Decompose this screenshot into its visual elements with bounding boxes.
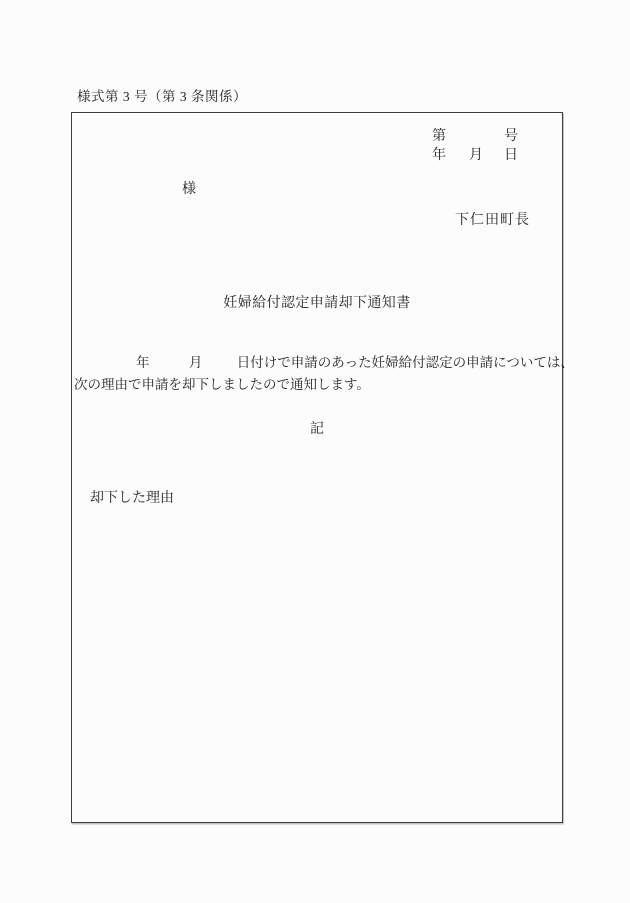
rejection-reason-label: 却下した理由 xyxy=(90,492,174,506)
body-date-day-label: 日 xyxy=(237,355,251,370)
notice-body: 年 月 日付けで申請のあった妊婦給付認定の申請については、 次の理由で申請を却下… xyxy=(74,352,561,396)
record-marker: 記 xyxy=(72,423,562,437)
issue-date-day-label: 日 xyxy=(504,149,518,163)
body-date-month-label: 月 xyxy=(189,355,203,370)
form-number-label: 様式第 3 号（第 3 条関係） xyxy=(77,90,247,105)
body-date-year-label: 年 xyxy=(136,355,150,370)
issue-date-year-label: 年 xyxy=(432,149,446,163)
document-title: 妊婦給付認定申請却下通知書 xyxy=(72,297,562,311)
document-page: 様式第 3 号（第 3 条関係） 第 号 年 月 日 様 下仁田町長 妊婦給付認… xyxy=(0,0,630,903)
notice-border-box: 第 号 年 月 日 様 下仁田町長 妊婦給付認定申請却下通知書 年 月 日付けで… xyxy=(71,112,563,823)
doc-number-suffix: 号 xyxy=(504,130,518,144)
issue-date-month-label: 月 xyxy=(469,149,483,163)
doc-number-prefix: 第 xyxy=(432,130,446,144)
addressee-honorific: 様 xyxy=(182,183,196,197)
body-line-1-text: 付けで申請のあった妊婦給付認定の申請については、 xyxy=(250,355,574,370)
sender-title: 下仁田町長 xyxy=(455,214,530,228)
body-line-1: 年 月 日付けで申請のあった妊婦給付認定の申請については、 xyxy=(74,352,561,374)
body-line-2: 次の理由で申請を却下しましたので通知します。 xyxy=(74,374,561,396)
